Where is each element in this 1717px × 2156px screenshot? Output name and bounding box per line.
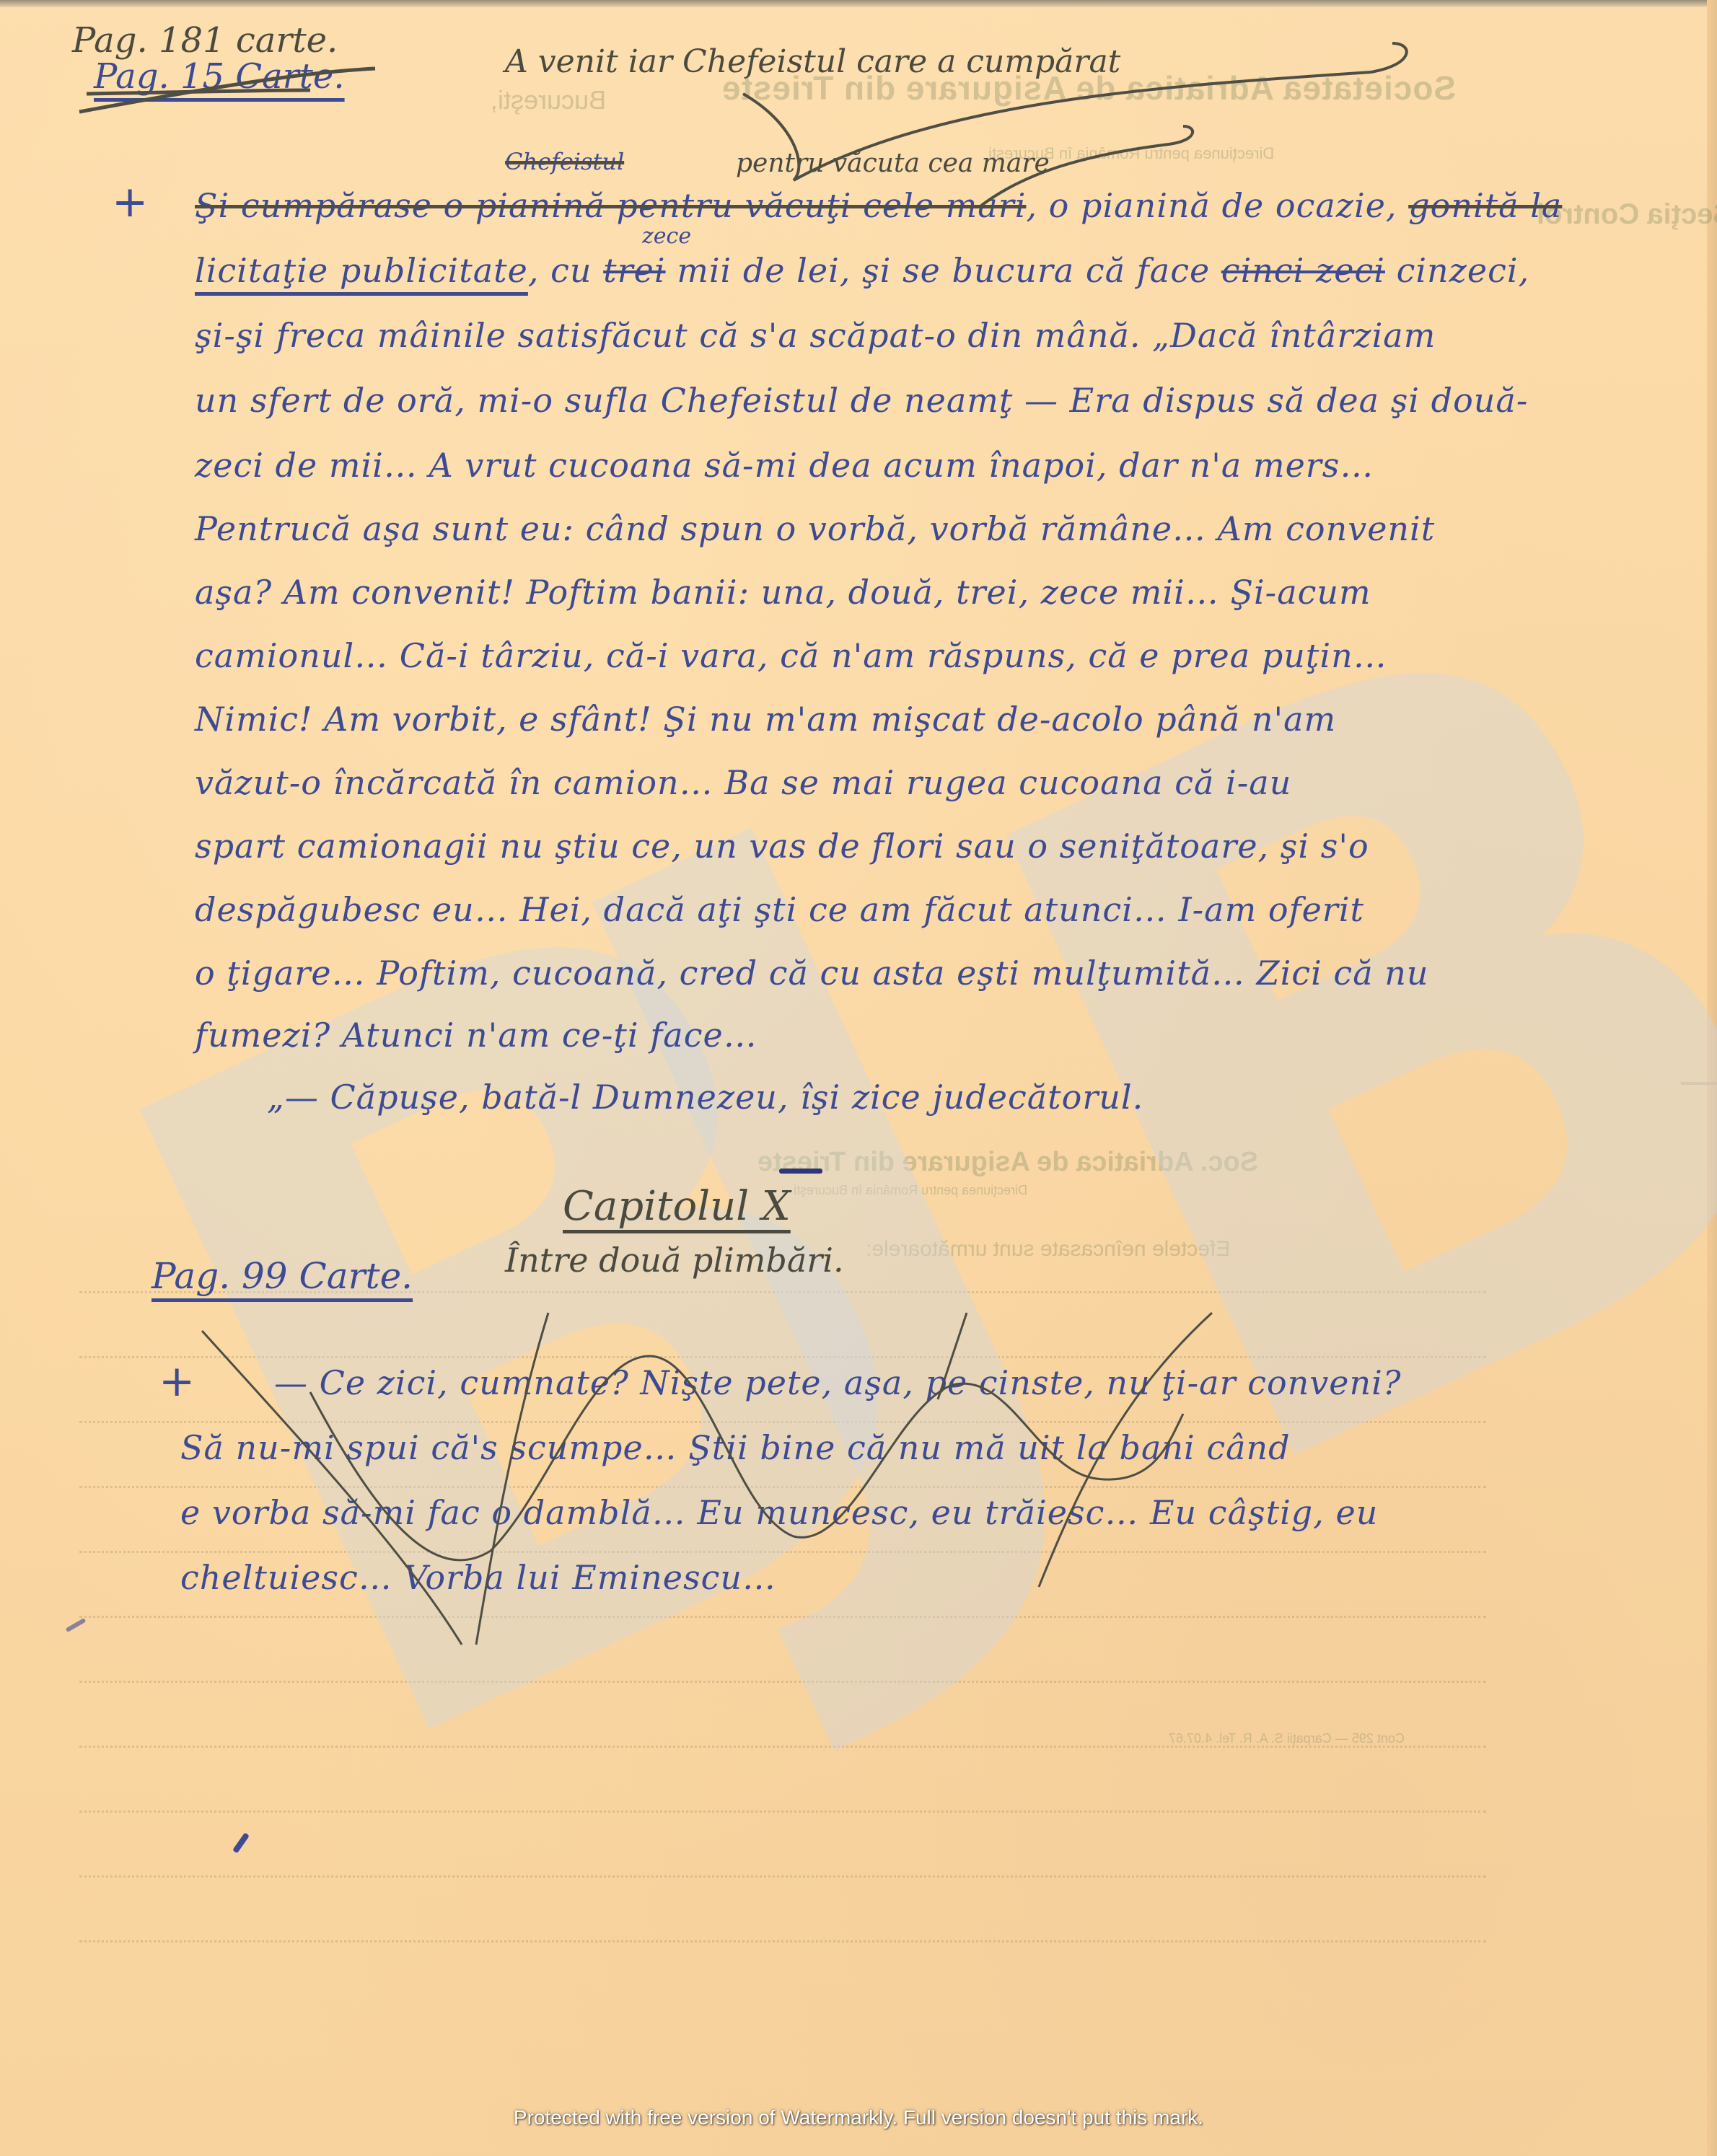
form-dotted-line: [79, 1875, 1486, 1878]
manuscript-line: un sfert de oră, mi-o sufla Chefeistul d…: [195, 381, 1528, 420]
ink-mark: [66, 1618, 87, 1632]
form-dotted-line: [79, 1810, 1486, 1813]
paper-top-edge: [0, 0, 1717, 7]
manuscript-line: zeci de mii… A vrut cucoana să-mi dea ac…: [195, 446, 1374, 485]
plus-marker: +: [159, 1356, 195, 1407]
chapter-divider: [779, 1169, 822, 1174]
struck-text: licitaţie publicitate: [195, 251, 528, 290]
manuscript-page: Societatea Adriatica de Asigurare din Tr…: [0, 0, 1717, 2156]
struck-text: trei: [603, 251, 665, 290]
page-reference-struck: Pag. 15 Carte.: [94, 56, 345, 97]
form-dotted-line: [79, 1940, 1486, 1942]
insertion-middle: pentru văcuta cea mare: [736, 149, 1050, 178]
insertion-superscript: Chefeistul: [505, 148, 624, 175]
line-text: cinzeci,: [1385, 251, 1529, 290]
manuscript-line: camionul… Că-i târziu, că-i vara, că n'a…: [195, 636, 1387, 675]
manuscript-line: Şi cumpărase o pianină pentru văcuţi cel…: [195, 186, 1562, 225]
manuscript-line: aşa? Am convenit! Poftim banii: una, dou…: [195, 573, 1371, 612]
insertion-top: A venit iar Chefeistul care a cumpărat: [505, 43, 1120, 80]
struck-text: Şi cumpărase o pianină pentru văcuţi cel…: [195, 186, 1026, 225]
ink-mark: [232, 1832, 250, 1853]
plus-marker: +: [112, 177, 148, 227]
manuscript-line: o ţigare… Poftim, cucoană, cred că cu as…: [195, 954, 1429, 993]
page-reference-bottom: Pag. 99 Carte.: [151, 1255, 413, 1297]
line-text: , cu: [528, 251, 603, 290]
struck-text: cinci zeci: [1221, 251, 1385, 290]
chapter-title: Capitolul X: [563, 1183, 791, 1230]
manuscript-line: Nimic! Am vorbit, e sfânt! Şi nu m'am mi…: [195, 700, 1336, 739]
manuscript-line: Să nu-mi spui că's scumpe… Ştii bine că …: [180, 1428, 1291, 1467]
manuscript-line: spart camionagii nu ştiu ce, un vas de f…: [195, 827, 1369, 866]
manuscript-line: despăgubesc eu… Hei, dacă aţi şti ce am …: [195, 890, 1364, 929]
manuscript-line: „— Căpuşe, bată-l Dumnezeu, îşi zice jud…: [267, 1078, 1143, 1117]
manuscript-line: cheltuiesc… Vorba lui Eminescu…: [180, 1558, 776, 1597]
manuscript-line: e vorba să-mi fac o damblă… Eu muncesc, …: [180, 1493, 1378, 1532]
bleed-footer-print: Cont 295 — Carpaţii S. A. R. Tel. 4.07.6…: [1169, 1731, 1405, 1746]
manuscript-line: fumezi? Atunci n'am ce-ţi face…: [195, 1016, 757, 1055]
insertion-zece: zece: [642, 224, 691, 249]
chapter-subtitle: Între două plimbări.: [505, 1241, 844, 1280]
line-text: mii de lei, şi se bucura că face: [666, 251, 1221, 290]
bleed-city: Bucureşti,: [491, 85, 606, 115]
line-text: , o pianină de ocazie,: [1026, 186, 1408, 225]
watermark-notice: Protected with free version of Watermark…: [0, 2106, 1717, 2129]
manuscript-line: Pentrucă aşa sunt eu: când spun o vorbă,…: [195, 509, 1435, 548]
manuscript-line: licitaţie publicitate, cu trei mii de le…: [195, 251, 1529, 290]
manuscript-line: — Ce zici, cumnate? Nişte pete, aşa, pe …: [274, 1363, 1402, 1402]
page-reference-pencil: Pag. 181 carte.: [72, 20, 338, 61]
struck-text: gonită la: [1408, 186, 1562, 225]
manuscript-line: şi-şi freca mâinile satisfăcut că s'a sc…: [195, 316, 1436, 355]
manuscript-line: văzut-o încărcată în camion… Ba se mai r…: [195, 763, 1291, 802]
bleed-header-section: Secţia Control: [1537, 198, 1717, 231]
